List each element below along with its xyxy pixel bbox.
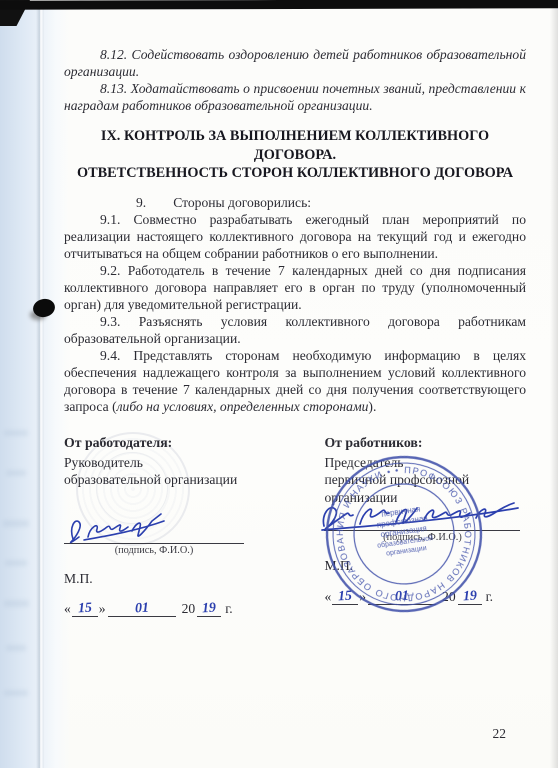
employer-signature-block: От работодателя: Руководитель образовате… xyxy=(64,434,314,618)
employer-role-line1: Руководитель xyxy=(64,454,314,472)
employer-date-month: 01 xyxy=(134,601,149,617)
employer-handwritten-signature xyxy=(66,513,176,547)
ghost-text-smudge xyxy=(6,645,26,651)
scanned-document-page: 8.12. Содействовать оздоровлению детей р… xyxy=(0,0,558,768)
quote-close: » xyxy=(99,601,106,617)
employer-role: Руководитель образовательной организации xyxy=(64,454,314,489)
quote-open: « xyxy=(324,589,331,605)
employer-date-day: 15 xyxy=(77,601,92,617)
paragraph-8-12: 8.12. Содействовать оздоровлению детей р… xyxy=(64,46,526,80)
union-year-prefix: 20 xyxy=(442,589,456,605)
page-right-shadow xyxy=(550,0,558,768)
paragraph-8-13: 8.13. Ходатайствовать о присвоении почет… xyxy=(64,80,526,114)
ghost-text-smudge xyxy=(5,560,27,566)
union-seal-label: М.П. xyxy=(324,558,526,574)
clause-9-text: Стороны договорились: xyxy=(173,195,311,210)
clause-9: 9.Стороны договорились: xyxy=(64,194,526,211)
clause-9-2: 9.2. Работодатель в течение 7 календарны… xyxy=(64,262,526,313)
union-date-year: 19 xyxy=(462,588,477,604)
union-role-line1: Председатель xyxy=(324,454,526,472)
ghost-text-smudge xyxy=(6,470,26,476)
document-body: 8.12. Содействовать оздоровлению детей р… xyxy=(64,46,526,617)
clause-9-1: 9.1. Совместно разрабатывать ежегодный п… xyxy=(64,211,526,262)
ghost-text-smudge xyxy=(4,600,29,607)
book-binding-gutter xyxy=(0,6,70,768)
signature-section: От работодателя: Руководитель образовате… xyxy=(64,434,526,618)
union-date-line: «15»012019г. xyxy=(324,588,526,605)
section-ix-title: IX. КОНТРОЛЬ ЗА ВЫПОЛНЕНИЕМ КОЛЛЕКТИВНОГ… xyxy=(64,127,526,183)
quote-close: » xyxy=(359,589,366,605)
union-date-month: 01 xyxy=(395,588,410,604)
clause-9-number: 9. xyxy=(100,194,146,211)
employer-heading: От работодателя: xyxy=(64,434,314,451)
union-signature-block: От работников: Председатель первичной пр… xyxy=(324,434,526,618)
quote-open: « xyxy=(64,601,71,617)
ghost-text-smudge xyxy=(3,520,29,527)
section-title-line1: IX. КОНТРОЛЬ ЗА ВЫПОЛНЕНИЕМ КОЛЛЕКТИВНОГ… xyxy=(64,127,526,164)
union-handwritten-signature xyxy=(320,498,520,536)
clause-9-3: 9.3. Разъяснять условия коллективного до… xyxy=(64,313,526,347)
section-title-line2: ОТВЕТСТВЕННОСТЬ СТОРОН КОЛЛЕКТИВНОГО ДОГ… xyxy=(64,164,526,183)
page-number: 22 xyxy=(493,726,507,742)
ghost-text-smudge xyxy=(4,430,28,436)
union-role-line2: первичной профсоюзной xyxy=(324,471,526,489)
union-signature-line: (подпись, Ф.И.О.) xyxy=(324,530,520,543)
scanner-edge-strip xyxy=(0,0,558,10)
union-heading: От работников: xyxy=(324,434,526,451)
union-year-suffix: г. xyxy=(486,589,493,605)
employer-year-prefix: 20 xyxy=(182,601,196,617)
employer-year-suffix: г. xyxy=(225,601,232,617)
clause-9-4-closing: ). xyxy=(368,399,376,414)
clause-9-4: 9.4. Представлять сторонам необходимую и… xyxy=(64,347,526,415)
employer-signature-line: (подпись, Ф.И.О.) xyxy=(64,543,244,556)
employer-role-line2: образовательной организации xyxy=(64,471,314,489)
employer-date-year: 19 xyxy=(202,601,217,617)
page-crease xyxy=(36,8,44,768)
clause-9-4-italic-note: либо на условиях, определенных сторонами xyxy=(117,399,369,414)
union-date-day: 15 xyxy=(338,588,353,604)
employer-date-line: «15»012019г. xyxy=(64,600,314,617)
employer-seal-label: М.П. xyxy=(64,571,314,587)
ghost-text-smudge xyxy=(4,690,28,696)
